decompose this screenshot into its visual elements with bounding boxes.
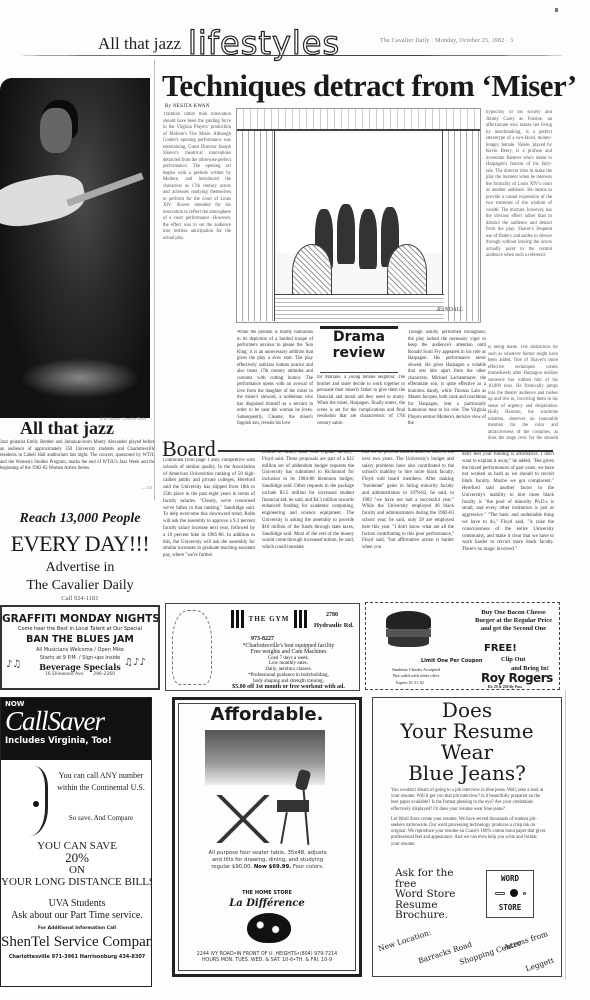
burger-icon: [386, 611, 431, 649]
drama-review-label: Drama review: [320, 326, 398, 371]
barbell-plate-icon: [241, 610, 244, 628]
callsaver-banner: NOW CallSaver Includes Virginia, Too!: [1, 698, 151, 760]
afford-home-store: THE HOME STORE: [175, 890, 359, 896]
board-column-1: Continued from page 1 ality competitive …: [163, 458, 255, 598]
graffiti-address: 16 Elliewood Ave.: [45, 672, 85, 677]
ad-the-gym: THE GYM 2780 Hydraulic Rd. 973-8227 *Cha…: [165, 603, 360, 691]
resume-ask-line: Brochure.: [395, 910, 475, 921]
roy-terms: Students Checks Accepted Not valid with …: [376, 667, 456, 679]
music-notes-icon: ♫♪♪: [124, 657, 146, 668]
review-column-3: for Mariane, a young female neighbor. Th…: [317, 375, 405, 440]
callsaver-percent: 20%: [1, 852, 152, 864]
actor-figure: [359, 209, 377, 269]
ad-callsaver: NOW CallSaver Includes Virginia, Too! Yo…: [0, 697, 152, 987]
review-column-2: While the prelude is mildly humorous in …: [237, 330, 313, 440]
curtain-left: [237, 131, 275, 321]
ad-reach-line3: Advertise in: [0, 561, 160, 575]
graffiti-title: GRAFFITI MONDAY NIGHTS: [2, 613, 158, 625]
bodybuilder-illustration: [172, 610, 212, 685]
graffiti-address-line: 16 Elliewood Ave. 296-2260: [2, 672, 158, 677]
callsaver-uva: UVA Students Ask about our Part Time ser…: [1, 898, 152, 922]
resume-location: Leggett: [524, 956, 555, 974]
graffiti-sub: Come hear the Best in Local Talent at Ou…: [2, 626, 158, 632]
afford-hours-line: HOURS MON. TUES. WED. & SAT. 10-6•TH. & …: [175, 958, 359, 964]
logo-store: STORE: [487, 903, 533, 912]
disk-drive-icon: [487, 883, 533, 903]
word-store-logo: WORD STORE: [486, 870, 534, 918]
afford-sale-price: Now $69.99.: [254, 864, 291, 870]
callsaver-company: ShenTel Service Company: [1, 934, 152, 951]
resume-title: Does Your Resume Wear Blue Jeans?: [373, 700, 561, 784]
board-column-3: into 18-20 percent tuition hikes in each…: [362, 450, 454, 598]
jazz-photo: [0, 78, 150, 418]
review-column-1: Tradition rather than innovation should …: [163, 112, 231, 330]
resume-title-line: Wear: [373, 742, 561, 763]
actress-figure: [292, 244, 332, 299]
afford-title: Affordable.: [175, 704, 359, 725]
ad-cavalier-daily: Reach 13,000 People EVERY DAY!!! Adverti…: [0, 503, 160, 603]
ad-reach-line4: The Cavalier Daily: [0, 579, 160, 593]
afford-price-line: regular $90.00. Now $69.99. Four colors.: [185, 864, 350, 871]
tree-logo-icon: [247, 913, 291, 943]
board-column-2: behind in salary than with regular facul…: [262, 450, 354, 598]
actress-figure: [387, 244, 427, 299]
afford-desc-line: and tilts for drawing, dining, and study…: [185, 857, 350, 864]
graffiti-phone: 296-2260: [93, 672, 115, 677]
roy-valid: Not valid with other offer: [376, 673, 456, 679]
folding-chair-icon: [275, 770, 315, 845]
afford-colors: Four colors.: [293, 864, 324, 870]
resume-ask-line: Ask for the free: [395, 868, 475, 889]
callsaver-savings: YOU CAN SAVE 20% ON YOUR LONG DISTANCE B…: [1, 840, 152, 888]
roy-free: FREE!: [484, 643, 517, 654]
music-notes-icon: ♪♫: [6, 659, 21, 670]
gym-logo-text: THE GYM: [249, 615, 290, 623]
callsaver-on: ON: [1, 864, 152, 876]
board-column-4: don't feel your funding is affirmative. …: [462, 452, 554, 598]
callsaver-text1: You can call ANY number within the Conti…: [51, 770, 151, 794]
afford-description: All purpose four seater table, 35x48, ad…: [185, 850, 350, 871]
photo-caption-body: Jazz guitarist Emily Remler and Jamaican…: [0, 440, 155, 473]
callsaver-text2: So save. And Compare: [51, 814, 151, 822]
roy-offer: Buy One Bacon Cheese Burger at the Regul…: [471, 609, 556, 633]
resume-paragraph: You wouldn't dream of going to a job int…: [391, 788, 546, 813]
afford-brand: La Différence: [175, 898, 359, 909]
curtain-valance: [237, 109, 480, 131]
curtain-right: [442, 131, 480, 321]
resume-body: You wouldn't dream of going to a job int…: [391, 788, 546, 852]
ad-graffiti: GRAFFITI MONDAY NIGHTS Come hear the Bes…: [0, 605, 160, 690]
ad-la-difference: Affordable. All purpose four seater tabl…: [172, 697, 362, 977]
header-kicker: All that jazz: [98, 34, 181, 54]
stage-floor: [275, 294, 444, 322]
resume-ask-line: Word Store: [395, 889, 475, 900]
resume-location: New Location:: [377, 928, 432, 954]
resume-location: Across from: [503, 929, 549, 952]
callsaver-sub: Includes Virginia, Too!: [5, 736, 147, 746]
review-column-5: is being made. The distraction for such …: [488, 345, 558, 440]
header-rule: [20, 55, 565, 56]
callsaver-ask: Ask about our Part Time service.: [1, 910, 152, 922]
section-logo: lifestyles: [188, 24, 340, 62]
roy-route: Rt. 29 & 250 By Pass: [488, 685, 522, 689]
actor-figure: [337, 204, 355, 264]
resume-title-line: Does: [373, 700, 561, 721]
us-map-icon: [3, 766, 48, 836]
column-divider: [154, 60, 155, 500]
resume-paragraph: Let Word Store create your resume. We ha…: [391, 817, 546, 848]
paper-dateline: The Cavalier Daily · Monday, October 25,…: [380, 38, 513, 44]
roy-clip: Clip Out: [501, 656, 525, 663]
table-legs-icon: [213, 795, 273, 843]
roy-brand: Roy Rogers: [481, 671, 553, 685]
callsaver-uva-students: UVA Students: [1, 898, 152, 910]
starburst-icon: [33, 801, 39, 807]
illustrator-signature: RANDALL: [437, 307, 463, 313]
scan-mark: [555, 8, 558, 12]
afford-desc-line: All purpose four seater table, 35x48, ad…: [185, 850, 350, 857]
stage-light: [20, 358, 140, 398]
drama-rule: [320, 372, 398, 373]
logo-word: WORD: [487, 874, 533, 883]
ad-reach-line1: Reach 13,000 People: [0, 511, 160, 527]
callsaver-phones: Charlottesville 971-3961 Harrisonburg 43…: [1, 954, 152, 960]
photo-tag: — GT: [142, 485, 152, 490]
callsaver-brand: CallSaver: [5, 708, 147, 734]
ad-word-store: Does Your Resume Wear Blue Jeans? You wo…: [372, 697, 562, 977]
afford-regular-price: regular $90.00.: [211, 864, 252, 870]
graffiti-event: BAN THE BLUES JAM: [2, 634, 158, 645]
page-edge: [565, 690, 566, 980]
photo-caption-title: All that jazz: [20, 418, 114, 439]
gym-offer: $5.00 off 1st month or free workout with…: [221, 685, 356, 691]
gym-logo: THE GYM: [224, 610, 314, 628]
ad-reach-phone: Call 924-1181: [0, 595, 160, 602]
review-byline: By NESITA KWAN: [165, 104, 210, 109]
afford-address: 2244 IVY ROAD•IN FRONT OF U. HEIGHTS•(80…: [175, 952, 359, 964]
review-column-4: Though solidly performed throughout, the…: [408, 330, 486, 440]
gym-street: Hydraulic Rd.: [314, 622, 354, 629]
resume-title-line: Your Resume: [373, 721, 561, 742]
resume-ask: Ask for the free Word Store Resume Broch…: [395, 868, 475, 921]
callsaver-bills: YOUR LONG DISTANCE BILLS.: [1, 876, 152, 888]
ad-roy-rogers-coupon: Buy One Bacon Cheese Burger at the Regul…: [365, 602, 560, 690]
barbell-plate-icon: [299, 610, 302, 628]
callsaver-info: For Additional Information Call: [1, 926, 152, 931]
resume-title-line: Blue Jeans?: [373, 763, 561, 784]
review-column-right: hypocrisy of his society and Jimmy Carey…: [486, 110, 552, 346]
gym-street-number: 2780: [326, 612, 338, 618]
roy-expires: Expires 10. 31. 82: [396, 681, 424, 685]
graffiti-line1: All Musicians Welcome / Open Mike: [2, 647, 158, 653]
roy-limit: Limit One Per Coupon: [421, 658, 482, 664]
review-headline: Techniques detract from ‘Miser’: [162, 68, 577, 104]
gym-details: *Charlottesville's best equipped facilit…: [221, 644, 356, 690]
barbell-plate-icon: [304, 610, 307, 628]
ad-reach-line2: EVERY DAY!!!: [0, 531, 160, 557]
gym-phone: 973-8227: [251, 636, 274, 642]
stage-illustration: RANDALL: [236, 108, 481, 323]
barbell-plate-icon: [231, 610, 234, 628]
photo-face: [40, 108, 72, 153]
barbell-plate-icon: [236, 610, 239, 628]
barbell-plate-icon: [294, 610, 297, 628]
drama-label-line1: Drama: [320, 329, 398, 345]
drama-label-line2: review: [320, 345, 398, 361]
